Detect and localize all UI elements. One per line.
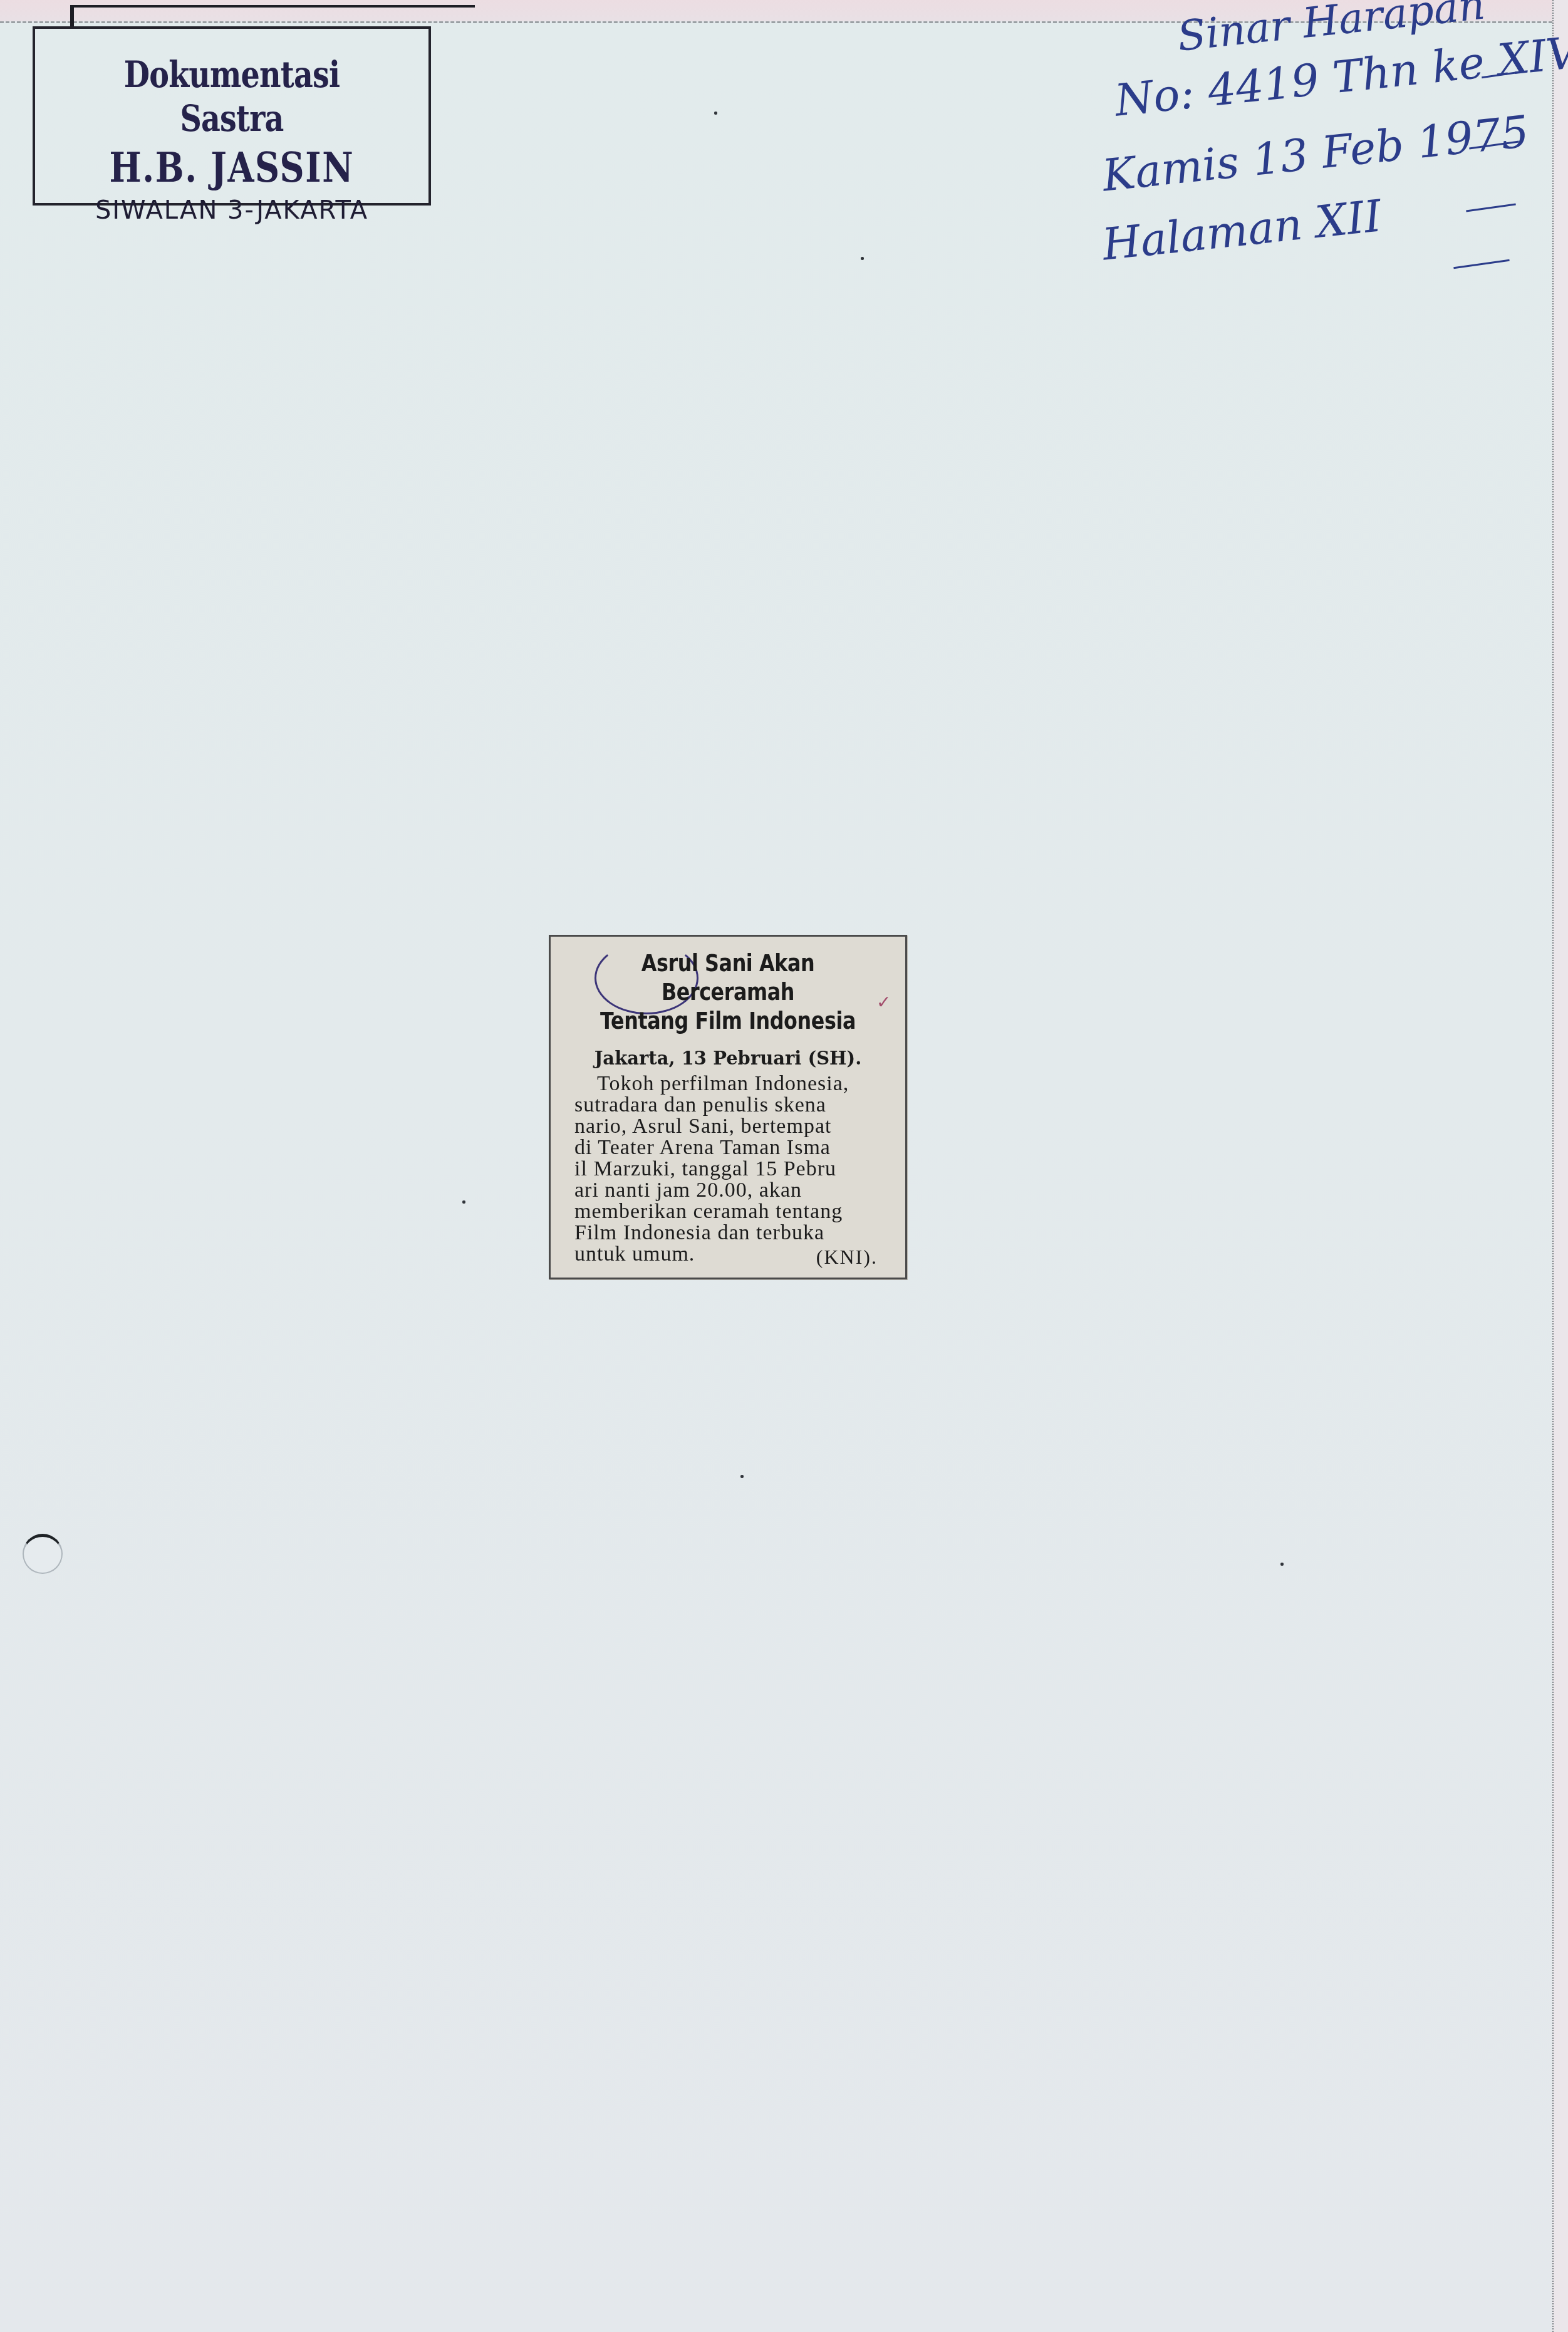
paper-speck [740, 1475, 744, 1478]
clipping-headline: Asrul Sani Akan Berceramah Tentang Film … [576, 949, 881, 1036]
body-line: nario, Asrul Sani, bertempat [574, 1116, 889, 1137]
paper-speck [462, 1200, 465, 1204]
page-right-edge [1552, 0, 1568, 2332]
body-line: Tokoh perfilman Indonesia, [574, 1073, 889, 1095]
stamp-title: Dokumentasi Sastra [71, 53, 393, 140]
clipping-source: (KNI). [816, 1246, 878, 1269]
folder-tab-outline [70, 5, 475, 26]
stamp-address: SIWALAN 3-JAKARTA [35, 194, 428, 227]
body-line: Film Indonesia dan terbuka [574, 1222, 889, 1244]
headline-line-2: Tentang Film Indonesia [576, 1007, 881, 1036]
clipping-body: Tokoh perfilman Indonesia, sutradara dan… [574, 1073, 889, 1265]
paper-speck [714, 112, 717, 115]
clipping-dateline: Jakarta, 13 Pebruari (SH). [551, 1047, 905, 1070]
newspaper-clipping: ✓ Asrul Sani Akan Berceramah Tentang Fil… [549, 935, 907, 1279]
body-line: memberikan ceramah tentang [574, 1201, 889, 1222]
paper-speck [861, 257, 864, 260]
body-line: ari nanti jam 20.00, akan [574, 1180, 889, 1201]
body-line: il Marzuki, tanggal 15 Pebru [574, 1158, 889, 1180]
body-line: di Teater Arena Taman Isma [574, 1137, 889, 1158]
body-line: sutradara dan penulis skena [574, 1095, 889, 1116]
paper-speck [1280, 1563, 1284, 1566]
archive-stamp: Dokumentasi Sastra H.B. JASSIN SIWALAN 3… [33, 26, 431, 206]
punch-hole [23, 1534, 63, 1574]
headline-line-1: Asrul Sani Akan Berceramah [576, 949, 881, 1007]
stamp-name: H.B. JASSIN [71, 140, 393, 194]
